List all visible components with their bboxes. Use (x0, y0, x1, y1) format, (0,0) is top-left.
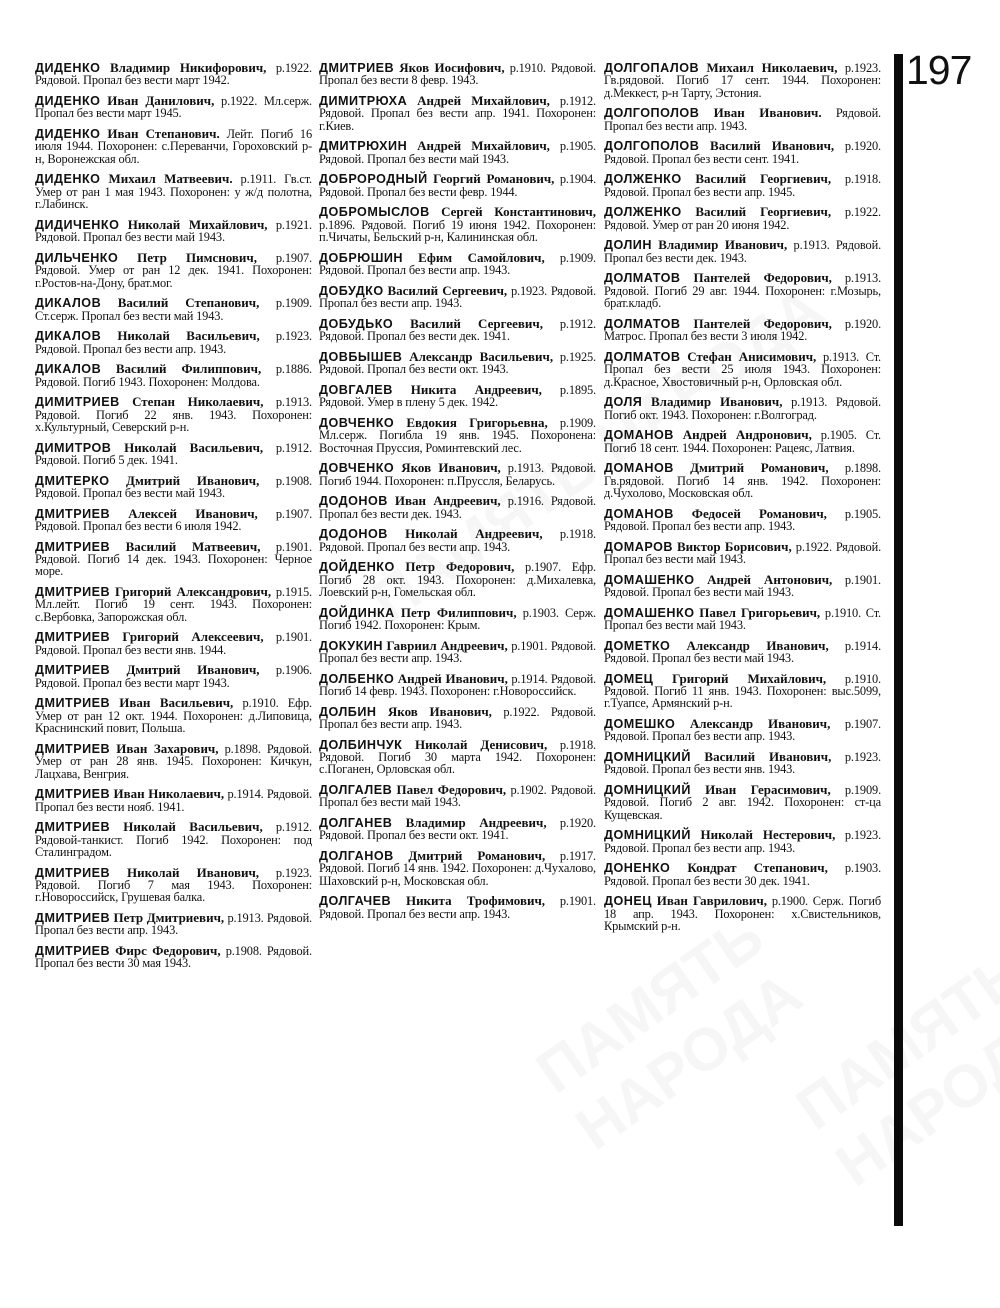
memorial-entry: ДМИТРИЕВ Петр Дмитриевич, р.1913. Рядово… (35, 912, 312, 937)
memorial-entry: ДИМИТРОВ Николай Васильевич, р.1912. Ряд… (35, 442, 312, 467)
memorial-entry: ДОБРЮШИН Ефим Самойлович, р.1909. Рядово… (319, 252, 596, 277)
memorial-entry: ДОЛБИНЧУК Николай Денисович, р.1918. Ряд… (319, 739, 596, 776)
memorial-entry: ДИМИТРЮХА Андрей Михайлович, р.1912. Ряд… (319, 95, 596, 132)
column-1: ДИДЕНКО Владимир Никифорович, р.1922. Ря… (35, 62, 312, 978)
memorial-entry: ДИДЕНКО Иван Данилович, р.1922. Мл.серж.… (35, 95, 312, 120)
memorial-entry: ДОКУКИН Гавриил Андреевич, р.1901. Рядов… (319, 640, 596, 665)
memorial-entry: ДОБРОРОДНЫЙ Георгий Романович, р.1904. Р… (319, 173, 596, 198)
memorial-entry: ДОЛЖЕНКО Василий Георгиевич, р.1918. Ряд… (604, 173, 881, 198)
memorial-entry: ДМИТРИЕВ Алексей Иванович, р.1907. Рядов… (35, 508, 312, 533)
page-number: 197 (906, 48, 971, 92)
memorial-entry: ДОЛИН Владимир Иванович, р.1913. Рядовой… (604, 239, 881, 264)
memorial-entry: ДИДИЧЕНКО Николай Михайлович, р.1921. Ря… (35, 219, 312, 244)
memorial-entry: ДОВЧЕНКО Евдокия Григорьевна, р.1909. Мл… (319, 417, 596, 454)
memorial-entry: ДОЛЯ Владимир Иванович, р.1913. Рядовой.… (604, 396, 881, 421)
memorial-entry: ДИДЕНКО Михаил Матвеевич. р.1911. Гв.ст.… (35, 173, 312, 210)
memorial-entry: ДОЛГОПОЛОВ Василий Иванович, р.1920. Ряд… (604, 140, 881, 165)
memorial-entry: ДМИТРИЕВ Григорий Александрович, р.1915.… (35, 586, 312, 623)
memorial-entry: ДОВЧЕНКО Яков Иванович, р.1913. Рядовой.… (319, 462, 596, 487)
memorial-entry: ДОВБЫШЕВ Александр Васильевич, р.1925. Р… (319, 351, 596, 376)
memorial-entry: ДИДЕНКО Владимир Никифорович, р.1922. Ря… (35, 62, 312, 87)
memorial-entry: ДОЛГАНОВ Дмитрий Романович, р.1917. Рядо… (319, 850, 596, 887)
memorial-entry: ДМИТРИЕВ Николай Иванович, р.1923. Рядов… (35, 867, 312, 904)
column-2: ДМИТРИЕВ Яков Иосифович, р.1910. Рядовой… (319, 62, 596, 928)
memorial-entry: ДОЛЖЕНКО Василий Георгиевич, р.1922. Ряд… (604, 206, 881, 231)
memorial-entry: ДМИТЕРКО Дмитрий Иванович, р.1908. Рядов… (35, 475, 312, 500)
memorial-entry: ДОБУДЬКО Василий Сергеевич, р.1912. Рядо… (319, 318, 596, 343)
memorial-entry: ДОНЕНКО Кондрат Степанович, р.1903. Рядо… (604, 862, 881, 887)
memorial-entry: ДМИТРИЕВ Иван Васильевич, р.1910. Ефр. У… (35, 697, 312, 734)
entry-details: р.1896. Рядовой. Погиб 19 июня 1942. Пох… (319, 218, 596, 244)
memorial-entry: ДОМАНОВ Федосей Романович, р.1905. Рядов… (604, 508, 881, 533)
memorial-entry: ДМИТРИЕВ Иван Николаевич, р.1914. Рядово… (35, 788, 312, 813)
memorial-entry: ДОЛГОПОЛОВ Иван Иванович. Рядовой. Пропа… (604, 107, 881, 132)
memorial-entry: ДМИТРЮХИН Андрей Михайлович, р.1905. Ряд… (319, 140, 596, 165)
memorial-entry: ДОМАНОВ Андрей Андронович, р.1905. Ст. П… (604, 429, 881, 454)
memorial-entry: ДОМНИЦКИЙ Николай Нестерович, р.1923. Ря… (604, 829, 881, 854)
memorial-entry: ДОМНИЦКИЙ Василий Иванович, р.1923. Рядо… (604, 751, 881, 776)
memorial-entry: ДОБУДКО Василий Сергеевич, р.1923. Рядов… (319, 285, 596, 310)
memorial-entry: ДМИТРИЕВ Яков Иосифович, р.1910. Рядовой… (319, 62, 596, 87)
memorial-entry: ДОЛБЕНКО Андрей Иванович, р.1914. Рядово… (319, 673, 596, 698)
memorial-entry: ДМИТРИЕВ Иван Захарович, р.1898. Рядовой… (35, 743, 312, 780)
memorial-entry: ДОМАШЕНКО Павел Григорьевич, р.1910. Ст.… (604, 607, 881, 632)
memorial-entry: ДОМЕЦ Григорий Михайлович, р.1910. Рядов… (604, 673, 881, 710)
memorial-entry: ДОМНИЦКИЙ Иван Герасимович, р.1909. Рядо… (604, 784, 881, 821)
memorial-entry: ДОЛМАТОВ Пантелей Федорович, р.1920. Мат… (604, 318, 881, 343)
memorial-entry: ДОДОНОВ Иван Андреевич, р.1916. Рядовой.… (319, 495, 596, 520)
memorial-entry: ДОНЕЦ Иван Гаврилович, р.1900. Серж. Пог… (604, 895, 881, 932)
memorial-entry: ДИЛЬЧЕНКО Петр Пимснович, р.1907. Рядово… (35, 252, 312, 289)
memorial-entry: ДМИТРИЕВ Василий Матвеевич, р.1901. Рядо… (35, 541, 312, 578)
memorial-entry: ДОЙДИНКА Петр Филиппович, р.1903. Серж. … (319, 607, 596, 632)
memorial-entry: ДОВГАЛЕВ Никита Андреевич, р.1895. Рядов… (319, 384, 596, 409)
memorial-entry: ДОЛГАЧЕВ Никита Трофимович, р.1901. Рядо… (319, 895, 596, 920)
memorial-entry: ДИКАЛОВ Василий Степанович, р.1909. Ст.с… (35, 297, 312, 322)
memorial-entry: ДОМЕШКО Александр Иванович, р.1907. Рядо… (604, 718, 881, 743)
memorial-entry: ДИДЕНКО Иван Степанович. Лейт. Погиб 16 … (35, 128, 312, 165)
memorial-entry: ДИКАЛОВ Николай Васильевич, р.1923. Рядо… (35, 330, 312, 355)
column-3: ДОЛГОПАЛОВ Михаил Николаевич, р.1923. Гв… (604, 62, 881, 941)
memorial-entry: ДИМИТРИЕВ Степан Николаевич, р.1913. Ряд… (35, 396, 312, 433)
memorial-entry: ДОДОНОВ Николай Андреевич, р.1918. Рядов… (319, 528, 596, 553)
memorial-entry: ДОЛГАНЕВ Владимир Андреевич, р.1920. Ряд… (319, 817, 596, 842)
memorial-entry: ДОЛГОПАЛОВ Михаил Николаевич, р.1923. Гв… (604, 62, 881, 99)
memorial-entry: ДОЛБИН Яков Иванович, р.1922. Рядовой. П… (319, 706, 596, 731)
memorial-entry: ДМИТРИЕВ Дмитрий Иванович, р.1906. Рядов… (35, 664, 312, 689)
memorial-entry: ДОБРОМЫСЛОВ Сергей Константинович, р.189… (319, 206, 596, 243)
memorial-entry: ДОЙДЕНКО Петр Федорович, р.1907. Ефр. По… (319, 561, 596, 598)
memorial-entry: ДОЛМАТОВ Пантелей Федорович, р.1913. Ряд… (604, 272, 881, 309)
page-edge-bar (894, 54, 903, 1226)
memorial-entry: ДОМАНОВ Дмитрий Романович, р.1898. Гв.ря… (604, 462, 881, 499)
memorial-entry: ДОМАШЕНКО Андрей Антонович, р.1901. Рядо… (604, 574, 881, 599)
memorial-entry: ДОЛМАТОВ Стефан Анисимович, р.1913. Ст. … (604, 351, 881, 388)
memorial-entry: ДОМАРОВ Виктор Борисович, р.1922. Рядово… (604, 541, 881, 566)
memorial-entry: ДМИТРИЕВ Николай Васильевич, р.1912. Ряд… (35, 821, 312, 858)
memorial-entry: ДИКАЛОВ Василий Филиппович, р.1886. Рядо… (35, 363, 312, 388)
memorial-entry: ДОЛГАЛЕВ Павел Федорович, р.1902. Рядово… (319, 784, 596, 809)
memorial-entry: ДОМЕТКО Александр Иванович, р.1914. Рядо… (604, 640, 881, 665)
watermark-logo: ПАМЯТЬ НАРОДА (784, 938, 1000, 1200)
memorial-entry: ДМИТРИЕВ Фирс Федорович, р.1908. Рядовой… (35, 945, 312, 970)
memorial-entry: ДМИТРИЕВ Григорий Алексеевич, р.1901. Ря… (35, 631, 312, 656)
